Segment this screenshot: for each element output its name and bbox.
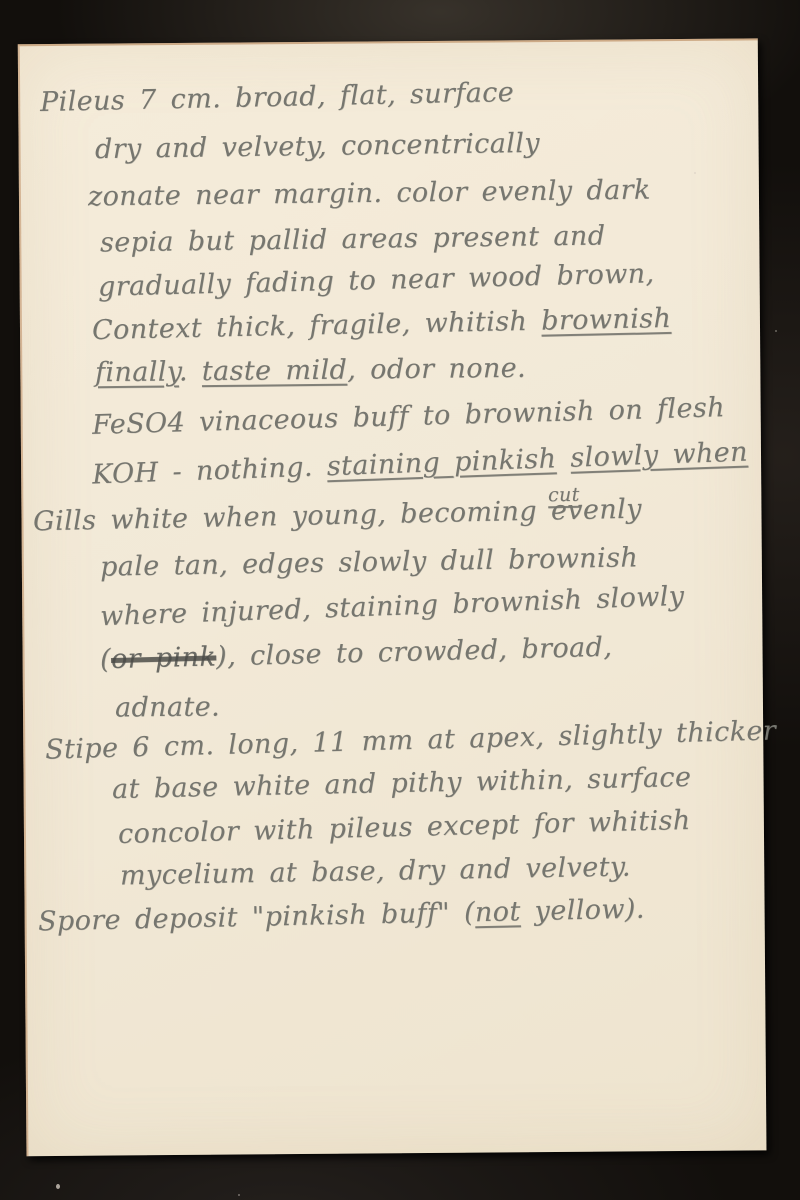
line-stipe-3: concolor with pileus except for whitish xyxy=(118,807,691,848)
text-segment: where injured, staining brownish slowly xyxy=(100,581,685,632)
text-segment: sepia but pallid areas present and xyxy=(100,220,606,258)
line-gills-5: adnate. xyxy=(115,694,220,722)
text-segment: adnate. xyxy=(115,692,220,724)
line-pileus-1: Pileus 7 cm. broad, flat, surface xyxy=(40,79,515,116)
line-stipe-2: at base white and pithy within, surface xyxy=(112,764,692,803)
text-segment: pale tan, edges slowly dull brownish xyxy=(100,542,639,582)
line-spore-deposit: Spore deposit "pinkish buff" (not yellow… xyxy=(38,896,645,936)
line-pileus-2: dry and velvety, concentrically xyxy=(95,130,540,163)
line-pileus-4: sepia but pallid areas present and xyxy=(100,222,606,256)
text-segment: Spore deposit "pinkish buff" ( xyxy=(38,897,476,937)
text-segment: Pileus 7 cm. broad, flat, surface xyxy=(40,77,515,118)
line-stipe-4: mycelium at base, dry and velvety. xyxy=(120,854,631,890)
text-segment-underlined: finally xyxy=(95,356,179,388)
text-segment: ( xyxy=(100,644,112,675)
text-segment-underlined: brownish xyxy=(541,303,672,337)
line-gills-2: pale tan, edges slowly dull brownish xyxy=(100,544,639,580)
text-segment: gradually fading to near wood brown, xyxy=(98,258,655,303)
line-pileus-3: zonate near margin. color evenly dark xyxy=(88,177,651,211)
line-pileus-5: gradually fading to near wood brown, xyxy=(98,260,655,301)
text-segment: at base white and pithy within, surface xyxy=(112,762,692,805)
text-segment-underlined: slowly when xyxy=(570,437,749,474)
line-gills-4: (or pink), close to crowded, broad, xyxy=(100,634,613,674)
text-segment: FeSO4 vinaceous buff to brownish on fles… xyxy=(92,392,726,441)
text-segment: KOH - nothing. xyxy=(92,451,328,490)
text-segment: . xyxy=(179,356,202,387)
scanned-photo: { "scene": { "description": "Handwritten… xyxy=(0,0,800,1200)
text-segment: , odor none. xyxy=(347,353,526,386)
text-segment: ), close to crowded, broad, xyxy=(216,632,613,673)
line-stipe-1: Stipe 6 cm. long, 11 mm at apex, slightl… xyxy=(45,717,777,763)
line-feso4-test: FeSO4 vinaceous buff to brownish on fles… xyxy=(92,394,726,439)
text-segment-underlined: staining pinkish xyxy=(326,443,557,482)
text-segment: mycelium at base, dry and velvety. xyxy=(120,852,631,892)
text-segment: concolor with pileus except for whitish xyxy=(118,805,691,850)
line-koh-test: KOH - nothing. staining pinkish slowly w… xyxy=(92,439,749,489)
text-segment: zonate near margin. color evenly dark xyxy=(88,175,651,213)
text-segment: Context thick, fragile, whitish xyxy=(92,306,542,346)
text-segment: Gills white when young, becoming evenly xyxy=(33,494,642,538)
line-context-1: Context thick, fragile, whitish brownish xyxy=(92,305,672,344)
text-segment-struck-out: or pink xyxy=(111,641,217,675)
line-gills-1: Gills white when young, becoming evenly xyxy=(33,496,642,536)
text-segment: yellow). xyxy=(520,894,645,928)
text-segment-underlined: not xyxy=(475,896,521,928)
text-segment-underlined: taste mild xyxy=(202,355,348,388)
handwritten-note: Pileus 7 cm. broad, flat, surface dry an… xyxy=(0,0,800,1200)
line-context-2: finally. taste mild, odor none. xyxy=(95,355,526,387)
text-segment: dry and velvety, concentrically xyxy=(95,128,540,165)
line-gills-3: where injured, staining brownish slowly xyxy=(100,583,685,630)
